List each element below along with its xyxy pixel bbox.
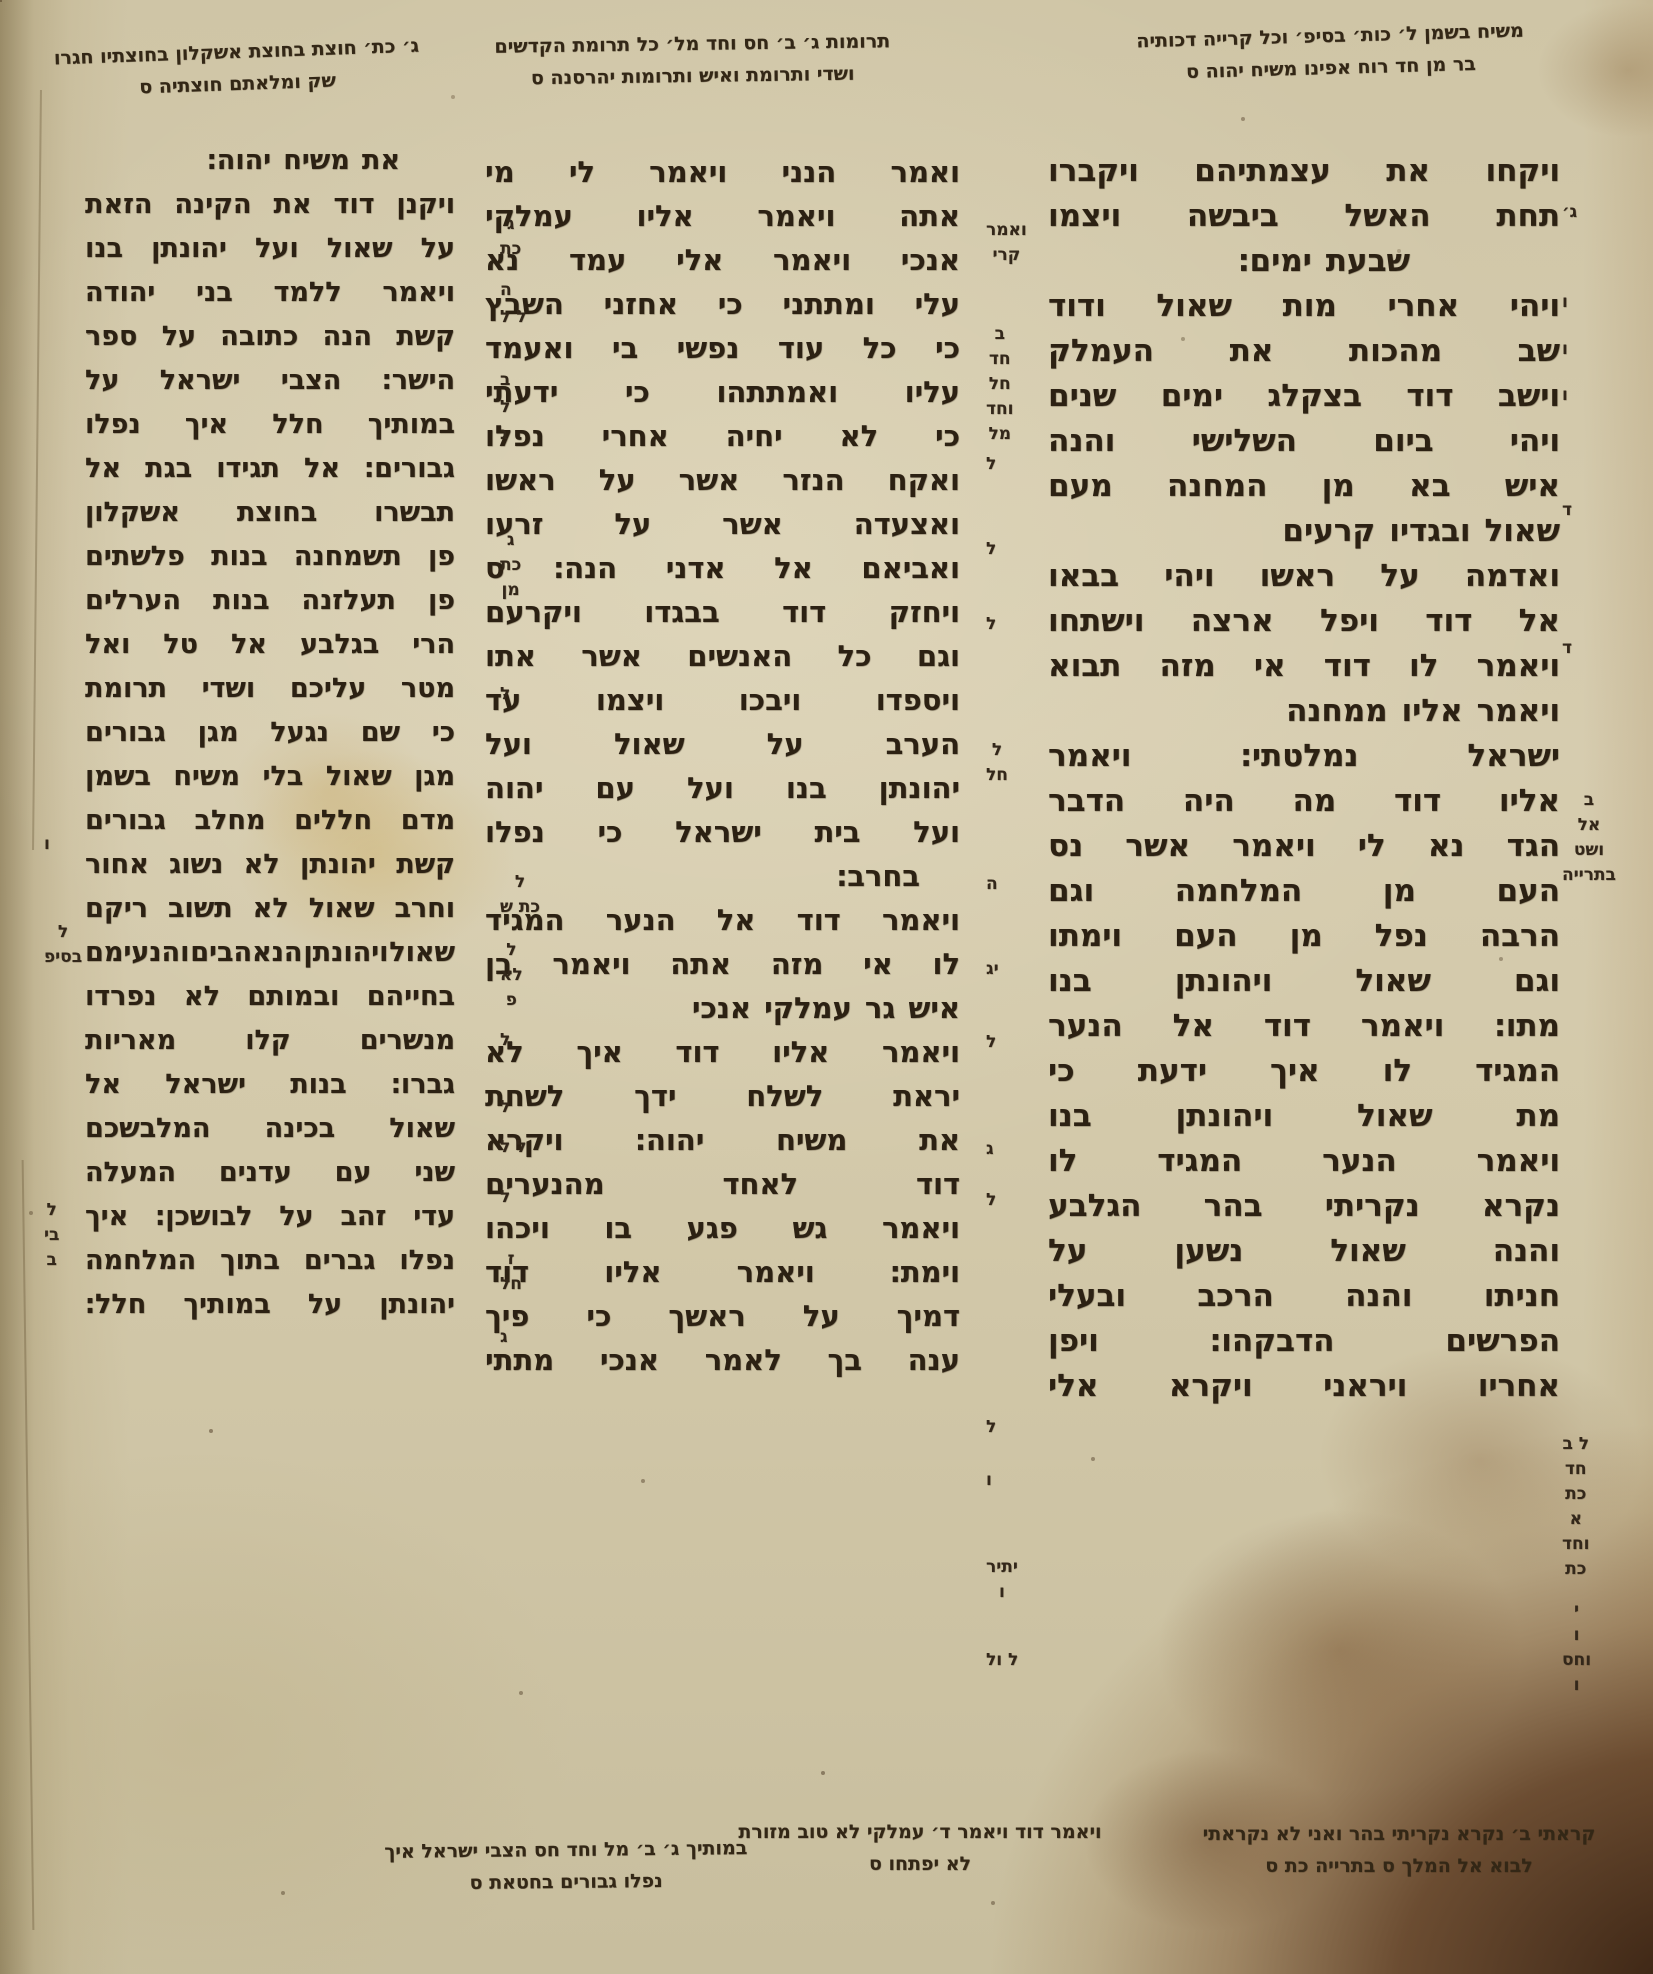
text-line: ויאמרללמדבנייהודה <box>85 270 455 314</box>
word: משיח <box>173 761 240 792</box>
word: נפרדו <box>85 981 156 1012</box>
text-line: כילאיחיהאחרינפלו <box>485 414 960 458</box>
word: וחרב <box>394 893 455 924</box>
text-line: ויקנןדודאתהקינההזאת <box>85 182 455 226</box>
word: ראשו <box>1260 558 1335 594</box>
word: ועל <box>913 815 960 849</box>
word: אשר <box>1125 828 1190 864</box>
word: עמלקי <box>764 991 852 1025</box>
word: אל <box>717 903 756 937</box>
word: דוד <box>797 903 841 937</box>
masorah-parva-note-far-left-margin: לביב <box>44 1198 59 1273</box>
word: בנות <box>211 541 267 572</box>
text-line: ואביאםאלאדניהנה׃ס <box>485 546 960 590</box>
text-column-left: אתמשיחיהוה׃ויקנןדודאתהקינההזאתעלשאולועלי… <box>85 138 455 1326</box>
note-line: וחס <box>1562 1648 1591 1673</box>
text-line: העםמןהמלחמהוגם <box>1048 868 1560 913</box>
word: איך <box>1270 1053 1320 1089</box>
word: גברים <box>304 1245 376 1276</box>
word: כי <box>597 815 622 849</box>
word: מן <box>1290 918 1323 954</box>
masorah-parva-note-gutter-left: גכתמן <box>500 528 521 603</box>
text-line: פןתשמחנהבנותפלשתים <box>85 534 455 578</box>
word: אליו <box>772 1035 829 1069</box>
word: יהונתן <box>300 849 376 880</box>
word: משיח <box>283 145 350 176</box>
word: כי <box>625 375 650 409</box>
word: אל <box>1519 603 1560 639</box>
word: אליו <box>1499 783 1560 819</box>
note-line: ג <box>500 1325 508 1350</box>
word: דוד <box>916 1167 960 1201</box>
masorah-magna-top-right: משיח בשמן ל׳ כות׳ בסיפ׳ וכל קרייה דכותיה… <box>1047 12 1614 92</box>
word: מחלב <box>195 805 266 836</box>
word: נפלו <box>399 1245 455 1276</box>
word: הגלבע <box>1048 1188 1141 1224</box>
word: זהב <box>340 1201 386 1232</box>
note-line: ל <box>44 920 82 945</box>
word: נקריתי <box>1325 1188 1420 1224</box>
note-line: ל <box>44 1198 59 1223</box>
word: לא <box>244 849 280 880</box>
masorah-parva-note-gutter-left: ל ל <box>500 305 527 330</box>
word: תשוב <box>168 893 233 924</box>
masorah-parva-note-gutter-left: גכת <box>500 212 521 262</box>
word: איך <box>85 1201 128 1232</box>
text-line: נפלוגבריםבתוךהמלחמה <box>85 1238 455 1282</box>
word: אי <box>1254 648 1286 684</box>
note-line: יתיר <box>986 1555 1018 1580</box>
note-line: ואמר <box>986 218 1027 243</box>
word: ושדי <box>202 673 256 704</box>
text-line: ואדמהעלראשוויהיבבאו <box>1048 553 1560 598</box>
word: ראשך <box>668 1299 745 1333</box>
word: לשלח <box>746 1079 823 1113</box>
masorah-parva-note-gutter-left: ל <box>500 1185 510 1210</box>
word: בבגדו <box>644 595 719 629</box>
word: בנו <box>786 771 827 805</box>
word: ויאמר <box>882 903 960 937</box>
word: חלל׃ <box>85 1289 146 1320</box>
text-line: וימת׃ויאמראליודוד <box>485 1250 960 1294</box>
text-line: ויאמרגשפגעבוויכהו <box>485 1206 960 1250</box>
word: אלי <box>676 243 723 277</box>
word: אל <box>774 551 813 585</box>
word: איש <box>908 991 960 1025</box>
masorah-magna-top-left: ג׳ כת׳ חוצת בחוצת אשקלון בחוצתיו חגרו שק… <box>21 29 453 108</box>
word: את <box>919 1123 960 1157</box>
note-line: ו <box>1562 290 1568 315</box>
word: מתתי <box>485 1343 554 1377</box>
word: מזה <box>771 947 824 981</box>
text-line: ויהיאחרימותשאולודוד <box>1048 283 1560 328</box>
word: והנה <box>1345 1278 1412 1314</box>
word: בחייהם <box>367 981 455 1012</box>
text-line: הישר׃הצביישראלעל <box>85 358 455 402</box>
word: לי <box>1358 828 1386 864</box>
word: אחזני <box>604 287 678 321</box>
word: את <box>273 189 311 220</box>
text-line: מטרעליכםושדיתרומת <box>85 666 455 710</box>
word: ויאמר <box>1477 1143 1560 1179</box>
word: אתו <box>485 639 536 673</box>
word: מטר <box>401 673 455 704</box>
word: איך <box>576 1035 622 1069</box>
word: נס <box>1048 828 1083 864</box>
masorah-magna-top-middle: תרומות ג׳ ב׳ חס וחד מל׳ כל תרומת הקדשים … <box>430 24 956 95</box>
word: וישתחו <box>1048 603 1144 639</box>
text-line: עליוואמתתהוכיידעתי <box>485 370 960 414</box>
word: והנה <box>1048 423 1115 459</box>
text-line: עדיזהבעללבושכן׃איך <box>85 1194 455 1238</box>
word: מן <box>1322 468 1355 504</box>
word: ויקברו <box>1048 153 1139 189</box>
word: עדנים <box>219 1157 292 1188</box>
word: הדבקהו׃ <box>1210 1323 1335 1359</box>
word: הנזר <box>782 463 844 497</box>
word: מדם <box>401 805 455 836</box>
word: אתה <box>899 199 960 233</box>
word: כל <box>863 331 897 365</box>
word: אשר <box>722 507 783 541</box>
text-line: הגדנאליויאמראשרנס <box>1048 823 1560 868</box>
word: שאול <box>1156 288 1231 324</box>
word: הנני <box>781 155 836 189</box>
note-line: קרי <box>986 243 1027 268</box>
word: העמלק <box>1048 333 1154 369</box>
text-line: ישראלנמלטתי׃ויאמר <box>1048 733 1560 778</box>
word: וימתו <box>1048 918 1122 954</box>
word: דוד <box>1425 603 1472 639</box>
word: שבעת <box>1326 243 1410 279</box>
word: בנות <box>213 585 269 616</box>
word: לשחת <box>485 1079 564 1113</box>
word: והנה <box>1493 1233 1560 1269</box>
word: ועל <box>485 727 532 761</box>
word: מנשרים <box>360 1025 455 1056</box>
word: נפלו <box>485 815 545 849</box>
text-line: ויאמראליוממחנה <box>1048 688 1560 733</box>
masorah-parva-note-far-right-margin: ד <box>1562 636 1572 661</box>
word: הזאת <box>85 189 152 220</box>
word: הישר׃ <box>382 365 455 396</box>
word: נשוג <box>169 849 223 880</box>
text-line: קשתהנהכתובהעלספר <box>85 314 455 358</box>
text-line: ויקחואתעצמתיהםויקברו <box>1048 148 1560 193</box>
note-line: אל <box>1562 813 1616 838</box>
note-line: ל <box>500 1095 510 1120</box>
word: הצבי <box>281 365 342 396</box>
word: עלי <box>915 287 960 321</box>
word: ענה <box>908 1343 960 1377</box>
word: אל <box>85 1069 121 1100</box>
text-line: יהונתןעלבמותיךחלל׃ <box>85 1282 455 1326</box>
text-line: לואימזהאתהויאמרבן <box>485 942 960 986</box>
masorah-parva-note-gutter-left: ל <box>500 1028 510 1053</box>
word: ויאמר <box>882 1211 960 1245</box>
word: ואדמה <box>1465 558 1560 594</box>
word: על <box>803 1299 840 1333</box>
word: פגע <box>687 1211 738 1245</box>
word: ויהי <box>1510 423 1560 459</box>
word: בנו <box>1048 963 1092 999</box>
word: ויקחו <box>1485 153 1560 189</box>
masorah-parva-note-gutter-right: ל <box>986 1030 996 1055</box>
word: דוד <box>333 189 374 220</box>
page-edge-crease <box>22 1160 35 1930</box>
text-line: מנשריםקלומאריות <box>85 1018 455 1062</box>
word: אליו <box>1402 693 1463 729</box>
word: הנער <box>1048 1008 1123 1044</box>
text-line: חניתווהנההרכבובעלי <box>1048 1273 1560 1318</box>
word: חלל <box>272 409 323 440</box>
masorah-parva-note-far-right-margin: ו <box>1562 337 1568 362</box>
word: גבורים <box>85 717 166 748</box>
word: על <box>1048 1233 1087 1269</box>
word: חללים <box>294 805 372 836</box>
word: כל <box>838 639 872 673</box>
masorah-magna-bottom-right: קראתי ב׳ נקרא נקריתי בהר ואני לא נקראתי … <box>1168 1818 1630 1882</box>
text-line: ואקחהנזראשרעלראשו <box>485 458 960 502</box>
word: הערלים <box>85 585 181 616</box>
masorah-parva-note-gutter-right: ל <box>986 1415 996 1440</box>
word: מגן <box>198 717 239 748</box>
text-line: כיכלעודנפשיביואעמד <box>485 326 960 370</box>
word: אנכי <box>692 991 751 1025</box>
word: אליו <box>636 199 693 233</box>
word: ויפל <box>1320 603 1379 639</box>
word: מת <box>1516 1098 1560 1134</box>
note-line: ל ב <box>1562 1432 1590 1457</box>
note-line: ל <box>986 738 1008 763</box>
word: תבשרו <box>374 497 455 528</box>
word: כי <box>935 331 960 365</box>
word: תעלזנה <box>302 585 396 616</box>
masorah-parva-note-gutter-left: ללאפ <box>500 938 523 1013</box>
note-line: וחד <box>986 397 1014 422</box>
word: מה <box>1292 783 1336 819</box>
note-line: י <box>1562 1598 1591 1623</box>
word: גברו׃ <box>391 1069 455 1100</box>
word: קשת <box>396 849 455 880</box>
word: אל <box>85 453 121 484</box>
word: בגלבע <box>300 629 379 660</box>
text-line: ויאמרלודודאימזהתבוא <box>1048 643 1560 688</box>
word: ואקח <box>888 463 960 497</box>
note-line: ל <box>986 1415 996 1440</box>
word: נפשי <box>677 331 740 365</box>
word: נפלו <box>85 409 141 440</box>
word: ישראל <box>165 1069 246 1100</box>
word: לא <box>839 419 878 453</box>
masorah-parva-note-gutter-right: ה <box>986 872 998 897</box>
text-line: הריבגלבעאלטלואל <box>85 622 455 666</box>
word: עליכם <box>290 673 366 704</box>
word: ויחזק <box>889 595 960 629</box>
word: דוד <box>1406 378 1453 414</box>
word: מגן <box>414 761 455 792</box>
word: הגד <box>1507 828 1560 864</box>
word: יהונתן <box>879 771 960 805</box>
word: ימים׃ <box>1238 243 1312 279</box>
word: שאול <box>389 937 455 968</box>
word: אחרי <box>1387 288 1459 324</box>
word: הרכב <box>1197 1278 1273 1314</box>
word: פן <box>428 585 455 616</box>
note-line: ל ל <box>500 1135 527 1160</box>
word: ובמותם <box>247 981 339 1012</box>
word: חניתו <box>1484 1278 1560 1314</box>
word: וגם <box>917 639 960 673</box>
masorah-parva-note-gutter-right: ל <box>986 537 996 562</box>
note-line: פ <box>500 988 523 1013</box>
text-line: במותיךחללאיךנפלו <box>85 402 455 446</box>
word: ידך <box>634 1079 676 1113</box>
word: ממחנה <box>1286 693 1388 729</box>
note-line: כת <box>1562 1482 1590 1507</box>
page-edge-crease <box>32 90 42 850</box>
word: שם <box>361 717 400 748</box>
text-line: והנהשאולנשעןעל <box>1048 1228 1560 1273</box>
word: ואעמד <box>485 331 573 365</box>
word: הפרשים <box>1445 1323 1560 1359</box>
word: בהר <box>1204 1188 1263 1224</box>
text-line: קשתיהונתןלאנשוגאחור <box>85 842 455 886</box>
masorah-text: קראתי ב׳ נקרא נקריתי בהר ואני לא נקראתי <box>1168 1818 1630 1850</box>
word: העם <box>1174 918 1238 954</box>
word: ויבכו <box>739 683 802 717</box>
word: נקרא <box>1482 1188 1560 1224</box>
note-line: ג <box>500 212 521 237</box>
text-line: כישםנגעלמגןגבורים <box>85 710 455 754</box>
ink-specks <box>0 0 2 2</box>
word: שאול <box>309 893 375 924</box>
word: וימת׃ <box>890 1255 960 1289</box>
word: יהוה׃ <box>207 145 271 176</box>
text-line: ויאמראליודודאיךלא <box>485 1030 960 1074</box>
text-line: בחרב׃ <box>485 854 960 898</box>
word: ישראל <box>1467 738 1560 774</box>
note-line: מן <box>500 578 521 603</box>
text-line: ואמרהנניויאמרלימי <box>485 150 960 194</box>
note-line: ל <box>500 395 510 420</box>
note-line: א <box>1562 1507 1590 1532</box>
text-line: שבמהכותאתהעמלק <box>1048 328 1560 373</box>
word: בני <box>196 277 233 308</box>
note-line: חל <box>500 1272 522 1297</box>
note-line: ל ל <box>500 305 527 330</box>
word: בחוצת <box>237 497 317 528</box>
word: ישראל <box>675 815 762 849</box>
note-line: כת ש <box>500 895 540 920</box>
note-line: בסיפ <box>44 945 82 970</box>
masorah-parva-note-far-right-margin: ו <box>1562 383 1568 408</box>
word: ספר <box>85 321 137 352</box>
word: הרי <box>412 629 455 660</box>
word: אנכי <box>901 243 960 277</box>
word: האנשים <box>687 639 792 673</box>
word: המגיד <box>1157 1143 1242 1179</box>
word: בך <box>828 1343 862 1377</box>
word: מתו׃ <box>1494 1008 1560 1044</box>
word: שאול <box>1355 963 1430 999</box>
masorah-parva-note-far-right-margin: יווחסו <box>1562 1598 1591 1698</box>
note-line: כת <box>500 553 521 578</box>
word: ידעתי <box>485 375 558 409</box>
word: איש <box>1505 468 1560 504</box>
text-line: עליומתתניכיאחזניהשבץ <box>485 282 960 326</box>
word: בנו <box>85 233 123 264</box>
word: שאול <box>1330 1233 1405 1269</box>
note-line: ד <box>1562 636 1572 661</box>
manuscript-page: משיח בשמן ל׳ כות׳ בסיפ׳ וכל קרייה דכותיה… <box>0 0 1653 1974</box>
masorah-parva-note-gutter-left: ל <box>500 395 510 420</box>
word: יהונתן <box>151 233 227 264</box>
word: לו <box>1409 648 1438 684</box>
word: אחרי <box>602 419 669 453</box>
text-line: שבעתימים׃ <box>1048 238 1560 283</box>
word: ביבשה <box>1187 198 1279 234</box>
word: נא <box>1428 828 1465 864</box>
word: יראת <box>893 1079 960 1113</box>
word: כי <box>935 419 960 453</box>
word: ואביאם <box>861 551 960 585</box>
text-line: שאולובגדיוקרעים <box>1048 508 1560 553</box>
word: הנאהבים <box>190 937 302 968</box>
word: טל <box>163 629 198 660</box>
masorah-parva-note-gutter-left: ל <box>500 1095 510 1120</box>
word: ראשו <box>485 463 556 497</box>
word: ויאמר <box>1048 738 1131 774</box>
word: לאחד <box>722 1167 798 1201</box>
word: את <box>1230 333 1274 369</box>
word: ובגדיו <box>1389 513 1470 549</box>
word: בי <box>612 331 638 365</box>
word: במותיך <box>368 409 455 440</box>
word: לו <box>933 947 961 981</box>
word: קלו <box>245 1025 290 1056</box>
word: על <box>599 463 636 497</box>
masorah-parva-note-far-right-margin: ל בחדכתאוחדכת <box>1562 1432 1590 1582</box>
note-line: ל <box>986 537 996 562</box>
word: ויצמו <box>1048 198 1121 234</box>
word: מהכות <box>1349 333 1442 369</box>
word: נפלו <box>485 419 545 453</box>
word: הערב <box>886 727 960 761</box>
word: אנכי <box>600 1343 659 1377</box>
text-line: שניעםעדניםהמעלה <box>85 1150 455 1194</box>
word: בבאו <box>1048 558 1119 594</box>
note-line: כת <box>500 237 521 262</box>
masorah-parva-note-far-right-margin: ג׳ <box>1562 200 1577 225</box>
word: ובעלי <box>1048 1278 1126 1314</box>
word: ידעת <box>1138 1053 1207 1089</box>
note-line: יג <box>986 957 999 982</box>
word: דוד <box>675 1035 719 1069</box>
word: שנים <box>1048 378 1116 414</box>
word: שאול <box>389 1113 455 1144</box>
word: וישב <box>1498 378 1560 414</box>
text-line: הרבהנפלמןהעםוימתו <box>1048 913 1560 958</box>
word: את <box>1386 153 1430 189</box>
text-line: נקראנקריתיבהרהגלבע <box>1048 1183 1560 1228</box>
word: כתובה <box>220 321 298 352</box>
word: על <box>614 507 651 541</box>
word: אלי <box>1048 1368 1098 1404</box>
word: במותיך <box>183 1289 270 1320</box>
text-line: אתמשיחיהוה׃ויקרא <box>485 1118 960 1162</box>
word: לא <box>253 893 289 924</box>
